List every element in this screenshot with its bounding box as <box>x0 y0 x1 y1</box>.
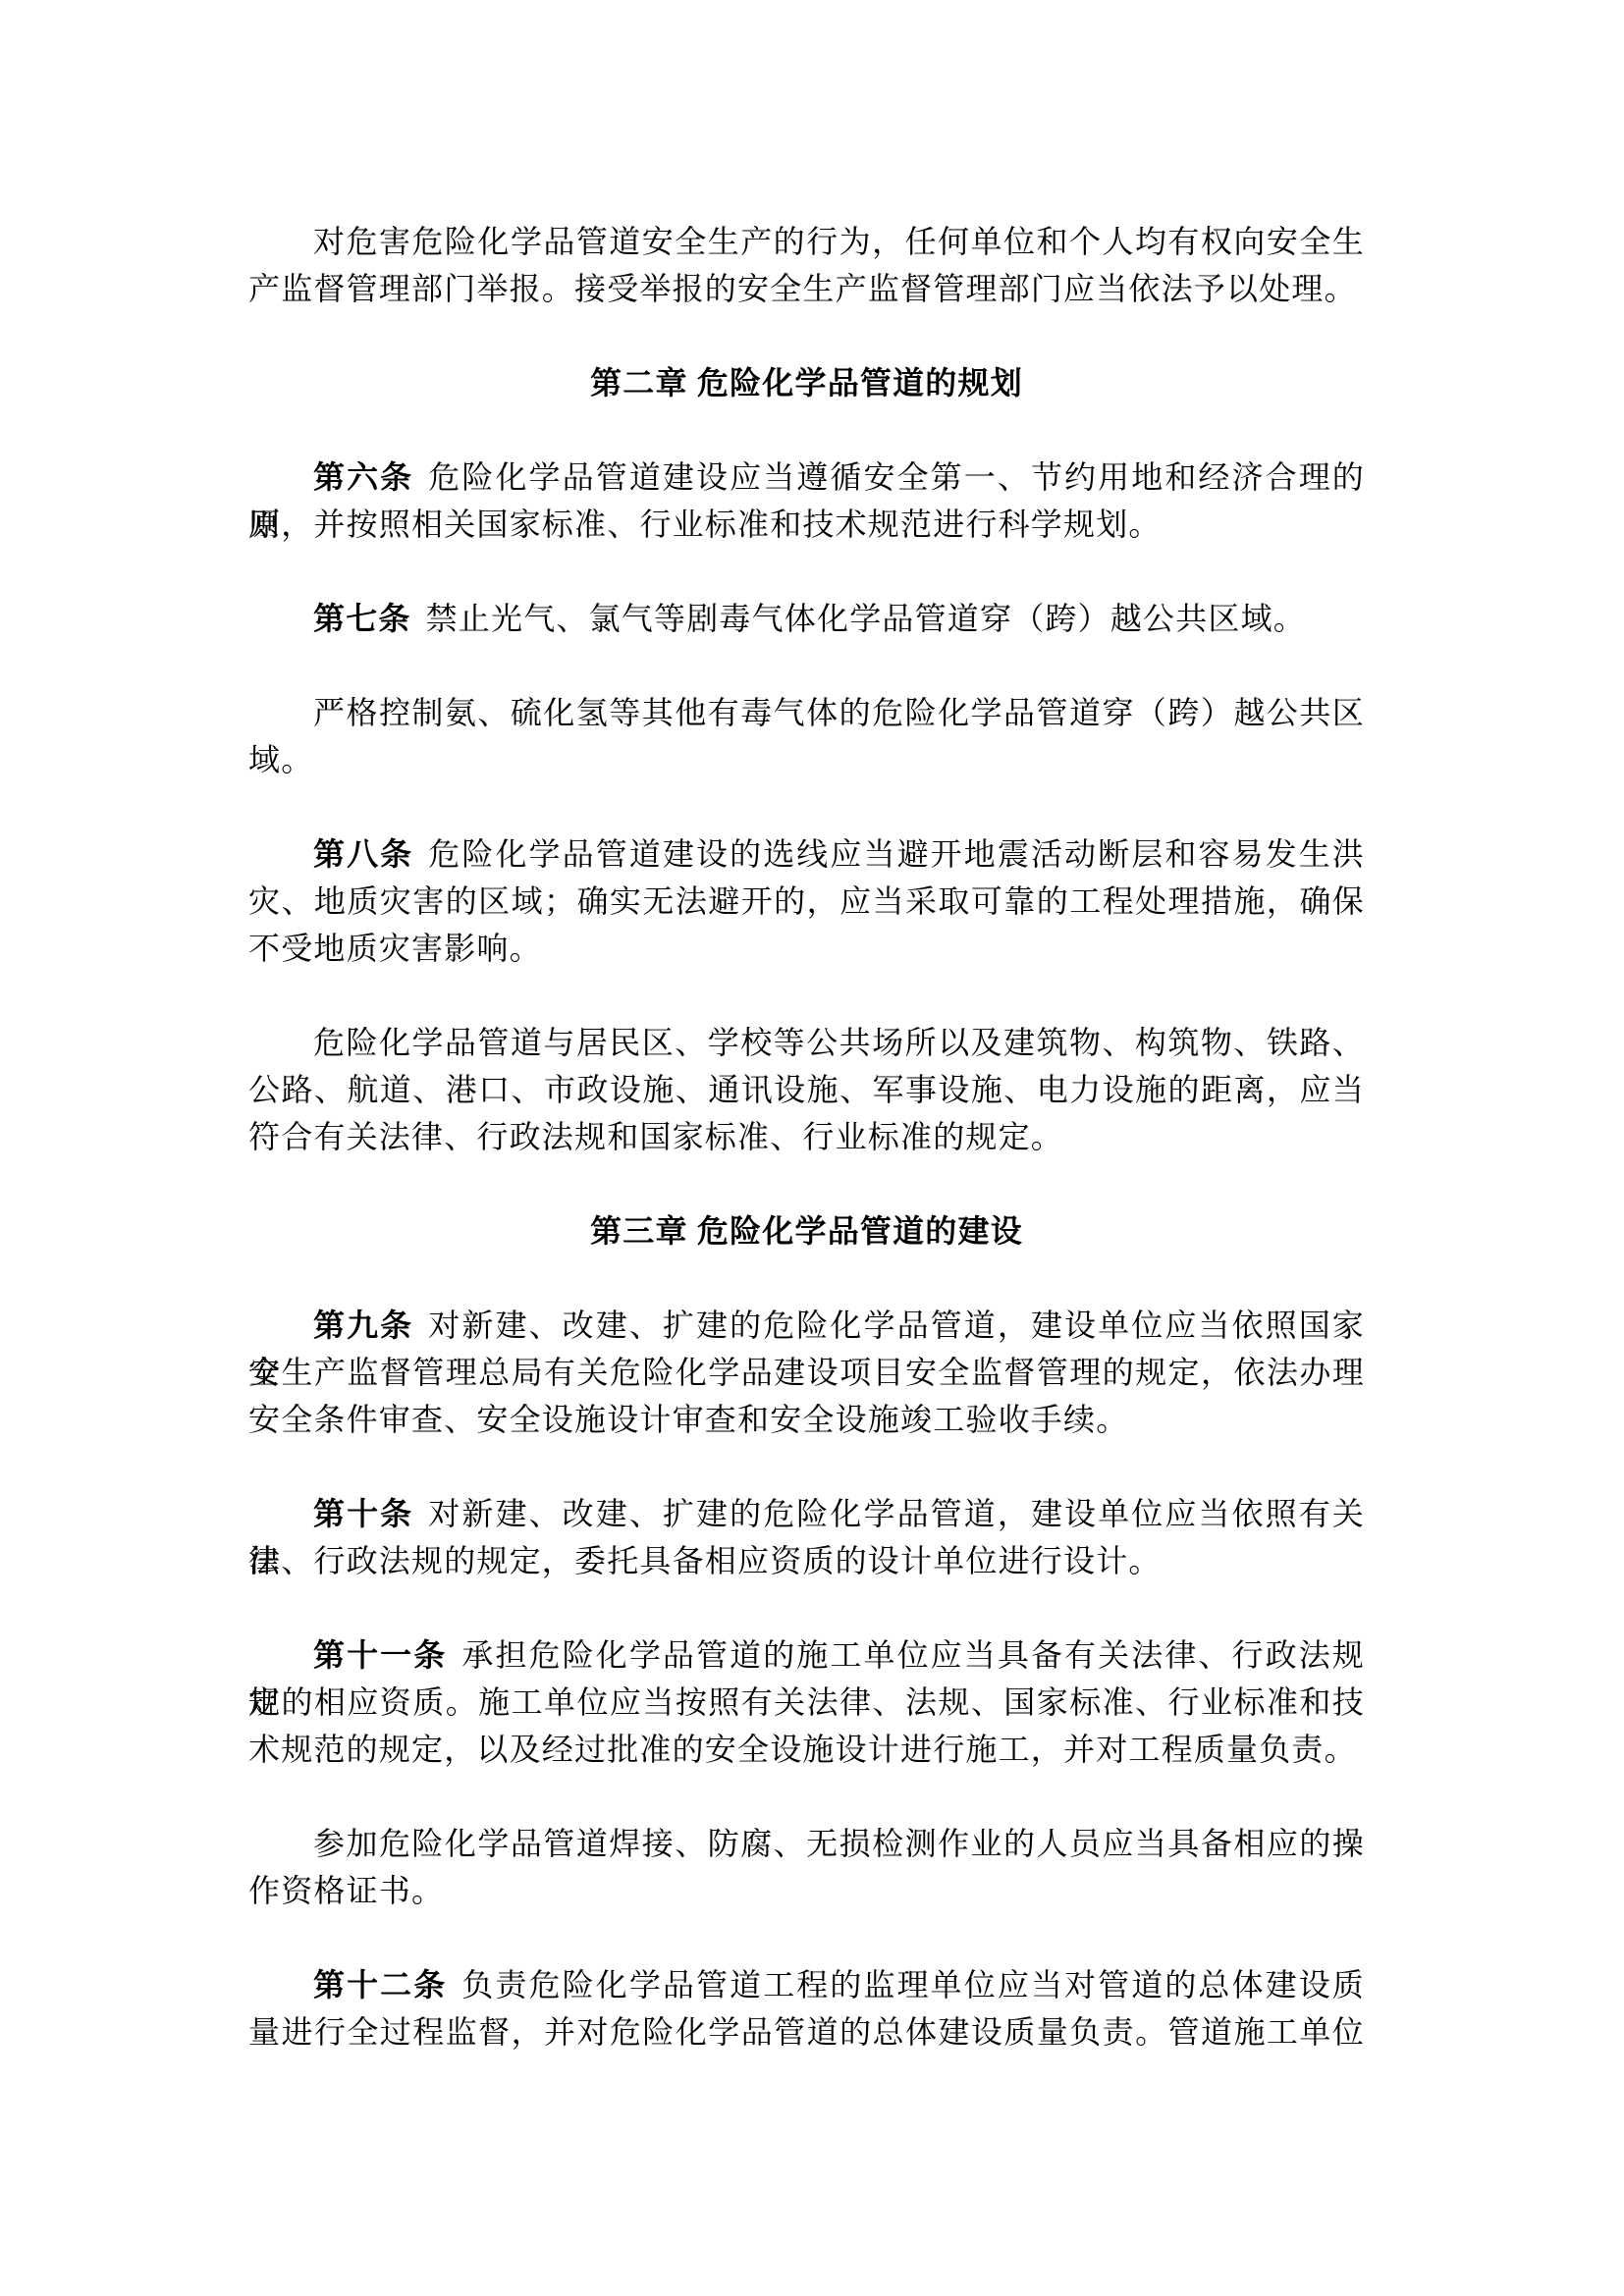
paragraph-block: 第七条禁止光气、氯气等剧毒气体化学品管道穿（跨）越公共区域。 <box>248 595 1365 642</box>
text-line: 第十条对新建、改建、扩建的危险化学品管道，建设单位应当依照有关法 <box>248 1490 1365 1537</box>
text-line: 危险化学品管道与居民区、学校等公共场所以及建筑物、构筑物、铁路、 <box>248 1019 1365 1066</box>
text-line: 第八条危险化学品管道建设的选线应当避开地震活动断层和容易发生洪 <box>248 830 1365 878</box>
document-body: 对危害危险化学品管道安全生产的行为，任何单位和个人均有权向安全生产监督管理部门举… <box>248 218 1365 2056</box>
article-number: 第九条 <box>313 1308 413 1343</box>
chapter-heading-block: 第三章 危险化学品管道的建设 <box>248 1207 1365 1255</box>
article-number: 第八条 <box>313 836 413 872</box>
text-line: 参加危险化学品管道焊接、防腐、无损检测作业的人员应当具备相应的操 <box>248 1820 1365 1867</box>
paragraph-block: 参加危险化学品管道焊接、防腐、无损检测作业的人员应当具备相应的操作资格证书。 <box>248 1820 1365 1914</box>
article-number: 第十二条 <box>313 1967 447 2002</box>
article-number: 第十条 <box>313 1496 413 1531</box>
paragraph-block: 第十一条承担危险化学品管道的施工单位应当具备有关法律、行政法规规定的相应资质。施… <box>248 1631 1365 1773</box>
text-line: 第六条危险化学品管道建设应当遵循安全第一、节约用地和经济合理的原 <box>248 454 1365 501</box>
article-number: 第十一条 <box>313 1637 447 1673</box>
text-line: 域。 <box>248 736 1365 783</box>
text-line: 作资格证书。 <box>248 1867 1365 1914</box>
paragraph-block: 第六条危险化学品管道建设应当遵循安全第一、节约用地和经济合理的原则，并按照相关国… <box>248 454 1365 548</box>
text-line: 产监督管理部门举报。接受举报的安全生产监督管理部门应当依法予以处理。 <box>248 265 1365 312</box>
text-line: 定的相应资质。施工单位应当按照有关法律、法规、国家标准、行业标准和技 <box>248 1679 1365 1726</box>
text-line: 对危害危险化学品管道安全生产的行为，任何单位和个人均有权向安全生 <box>248 218 1365 265</box>
article-number: 第六条 <box>313 459 413 495</box>
text-line: 则，并按照相关国家标准、行业标准和技术规范进行科学规划。 <box>248 501 1365 548</box>
text-line: 量进行全过程监督，并对危险化学品管道的总体建设质量负责。管道施工单位 <box>248 2008 1365 2056</box>
text-line: 术规范的规定，以及经过批准的安全设施设计进行施工，并对工程质量负责。 <box>248 1726 1365 1773</box>
article-number: 第七条 <box>313 601 411 636</box>
text-line: 不受地质灾害影响。 <box>248 925 1365 972</box>
chapter-heading-block: 第二章 危险化学品管道的规划 <box>248 359 1365 406</box>
paragraph-block: 对危害危险化学品管道安全生产的行为，任何单位和个人均有权向安全生产监督管理部门举… <box>248 218 1365 312</box>
text-line: 符合有关法律、行政法规和国家标准、行业标准的规定。 <box>248 1113 1365 1160</box>
text-line: 全生产监督管理总局有关危险化学品建设项目安全监督管理的规定，依法办理 <box>248 1349 1365 1396</box>
chapter-heading: 第二章 危险化学品管道的规划 <box>248 359 1365 406</box>
text-line: 律、行政法规的规定，委托具备相应资质的设计单位进行设计。 <box>248 1537 1365 1584</box>
paragraph-block: 第十条对新建、改建、扩建的危险化学品管道，建设单位应当依照有关法律、行政法规的规… <box>248 1490 1365 1584</box>
text-line: 第七条禁止光气、氯气等剧毒气体化学品管道穿（跨）越公共区域。 <box>248 595 1365 642</box>
text-line: 第九条对新建、改建、扩建的危险化学品管道，建设单位应当依照国家安 <box>248 1302 1365 1349</box>
text-line: 第十二条负责危险化学品管道工程的监理单位应当对管道的总体建设质 <box>248 1961 1365 2008</box>
paragraph-block: 危险化学品管道与居民区、学校等公共场所以及建筑物、构筑物、铁路、公路、航道、港口… <box>248 1019 1365 1160</box>
chapter-heading: 第三章 危险化学品管道的建设 <box>248 1207 1365 1255</box>
text-line: 第十一条承担危险化学品管道的施工单位应当具备有关法律、行政法规规 <box>248 1631 1365 1679</box>
paragraph-block: 第十二条负责危险化学品管道工程的监理单位应当对管道的总体建设质量进行全过程监督，… <box>248 1961 1365 2056</box>
text-line: 公路、航道、港口、市政设施、通讯设施、军事设施、电力设施的距离，应当 <box>248 1066 1365 1113</box>
text-line: 灾、地质灾害的区域；确实无法避开的，应当采取可靠的工程处理措施，确保 <box>248 878 1365 925</box>
paragraph-block: 第八条危险化学品管道建设的选线应当避开地震活动断层和容易发生洪灾、地质灾害的区域… <box>248 830 1365 972</box>
text-line: 严格控制氨、硫化氢等其他有毒气体的危险化学品管道穿（跨）越公共区 <box>248 689 1365 736</box>
text-line: 安全条件审查、安全设施设计审查和安全设施竣工验收手续。 <box>248 1396 1365 1443</box>
document-page: 对危害危险化学品管道安全生产的行为，任何单位和个人均有权向安全生产监督管理部门举… <box>0 0 1624 2296</box>
paragraph-block: 第九条对新建、改建、扩建的危险化学品管道，建设单位应当依照国家安全生产监督管理总… <box>248 1302 1365 1443</box>
paragraph-block: 严格控制氨、硫化氢等其他有毒气体的危险化学品管道穿（跨）越公共区域。 <box>248 689 1365 783</box>
